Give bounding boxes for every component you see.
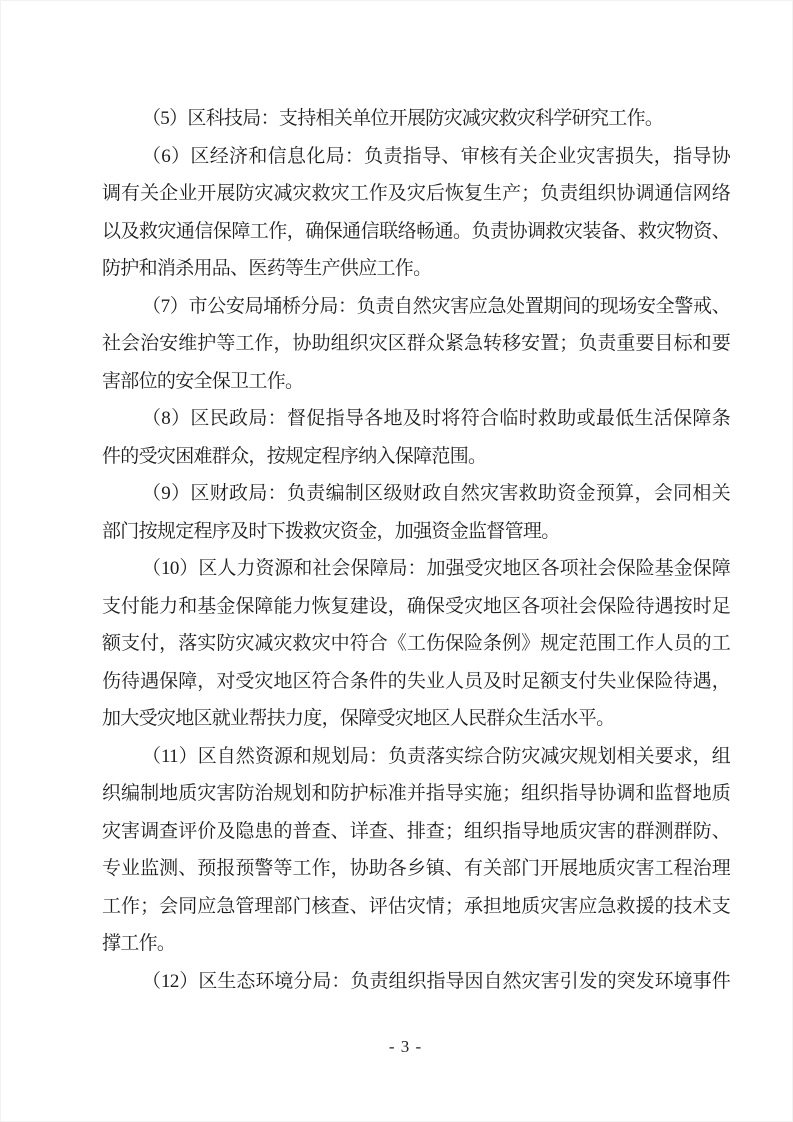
paragraph-line: （9）区财政局：负责编制区级财政自然灾害救助资金预算，会同相关	[102, 475, 730, 513]
paragraph-11: （11）区自然资源和规划局：负责落实综合防灾减灾规划相关要求，组 织编制地质灾害…	[102, 738, 730, 963]
paragraph-line: 件的受灾困难群众，按规定程序纳入保障范围。	[102, 438, 730, 476]
paragraph-line: 加大受灾地区就业帮扶力度，保障受灾地区人民群众生活水平。	[102, 700, 730, 738]
paragraph-line: 调有关企业开展防灾减灾救灾工作及灾后恢复生产；负责组织协调通信网络	[102, 175, 730, 213]
paragraph-6: （6）区经济和信息化局：负责指导、审核有关企业灾害损失，指导协 调有关企业开展防…	[102, 138, 730, 288]
paragraph-12: （12）区生态环境分局：负责组织指导因自然灾害引发的突发环境事件	[102, 963, 730, 1001]
paragraph-line: 防护和消杀用品、医药等生产供应工作。	[102, 250, 730, 288]
paragraph-line: （10）区人力资源和社会保障局：加强受灾地区各项社会保险基金保障	[102, 550, 730, 588]
paragraph-line: （12）区生态环境分局：负责组织指导因自然灾害引发的突发环境事件	[102, 963, 730, 1001]
paragraph-line: 以及救灾通信保障工作，确保通信联络畅通。负责协调救灾装备、救灾物资、	[102, 213, 730, 251]
paragraph-line: 伤待遇保障，对受灾地区符合条件的失业人员及时足额支付失业保险待遇，	[102, 663, 730, 701]
paragraph-line: （5）区科技局：支持相关单位开展防灾减灾救灾科学研究工作。	[102, 100, 730, 138]
paragraph-line: 害部位的安全保卫工作。	[102, 363, 730, 401]
paragraph-line: 社会治安维护等工作，协助组织灾区群众紧急转移安置；负责重要目标和要	[102, 325, 730, 363]
paragraph-line: 额支付，落实防灾减灾救灾中符合《工伤保险条例》规定范围工作人员的工	[102, 625, 730, 663]
paragraph-line: 灾害调查评价及隐患的普查、详查、排查；组织指导地质灾害的群测群防、	[102, 813, 730, 851]
paragraph-9: （9）区财政局：负责编制区级财政自然灾害救助资金预算，会同相关 部门按规定程序及…	[102, 475, 730, 550]
page: （5）区科技局：支持相关单位开展防灾减灾救灾科学研究工作。 （6）区经济和信息化…	[0, 0, 793, 1122]
paragraph-8: （8）区民政局：督促指导各地及时将符合临时救助或最低生活保障条 件的受灾困难群众…	[102, 400, 730, 475]
document-body: （5）区科技局：支持相关单位开展防灾减灾救灾科学研究工作。 （6）区经济和信息化…	[102, 100, 730, 1000]
paragraph-line: 撑工作。	[102, 925, 730, 963]
page-footer: - 3 -	[0, 1035, 793, 1059]
paragraph-line: 部门按规定程序及时下拨救灾资金，加强资金监督管理。	[102, 513, 730, 551]
paragraph-5: （5）区科技局：支持相关单位开展防灾减灾救灾科学研究工作。	[102, 100, 730, 138]
paragraph-line: 织编制地质灾害防治规划和防护标准并指导实施；组织指导协调和监督地质	[102, 775, 730, 813]
paragraph-line: 工作；会同应急管理部门核查、评估灾情；承担地质灾害应急救援的技术支	[102, 888, 730, 926]
paragraph-line: （6）区经济和信息化局：负责指导、审核有关企业灾害损失，指导协	[102, 138, 730, 176]
paragraph-line: 专业监测、预报预警等工作，协助各乡镇、有关部门开展地质灾害工程治理	[102, 850, 730, 888]
paragraph-line: （7）市公安局埇桥分局：负责自然灾害应急处置期间的现场安全警戒、	[102, 288, 730, 326]
paragraph-line: （8）区民政局：督促指导各地及时将符合临时救助或最低生活保障条	[102, 400, 730, 438]
paragraph-10: （10）区人力资源和社会保障局：加强受灾地区各项社会保险基金保障 支付能力和基金…	[102, 550, 730, 738]
paragraph-line: （11）区自然资源和规划局：负责落实综合防灾减灾规划相关要求，组	[102, 738, 730, 776]
paragraph-line: 支付能力和基金保障能力恢复建设，确保受灾地区各项社会保险待遇按时足	[102, 588, 730, 626]
page-number: - 3 -	[389, 1037, 422, 1056]
paragraph-7: （7）市公安局埇桥分局：负责自然灾害应急处置期间的现场安全警戒、 社会治安维护等…	[102, 288, 730, 401]
